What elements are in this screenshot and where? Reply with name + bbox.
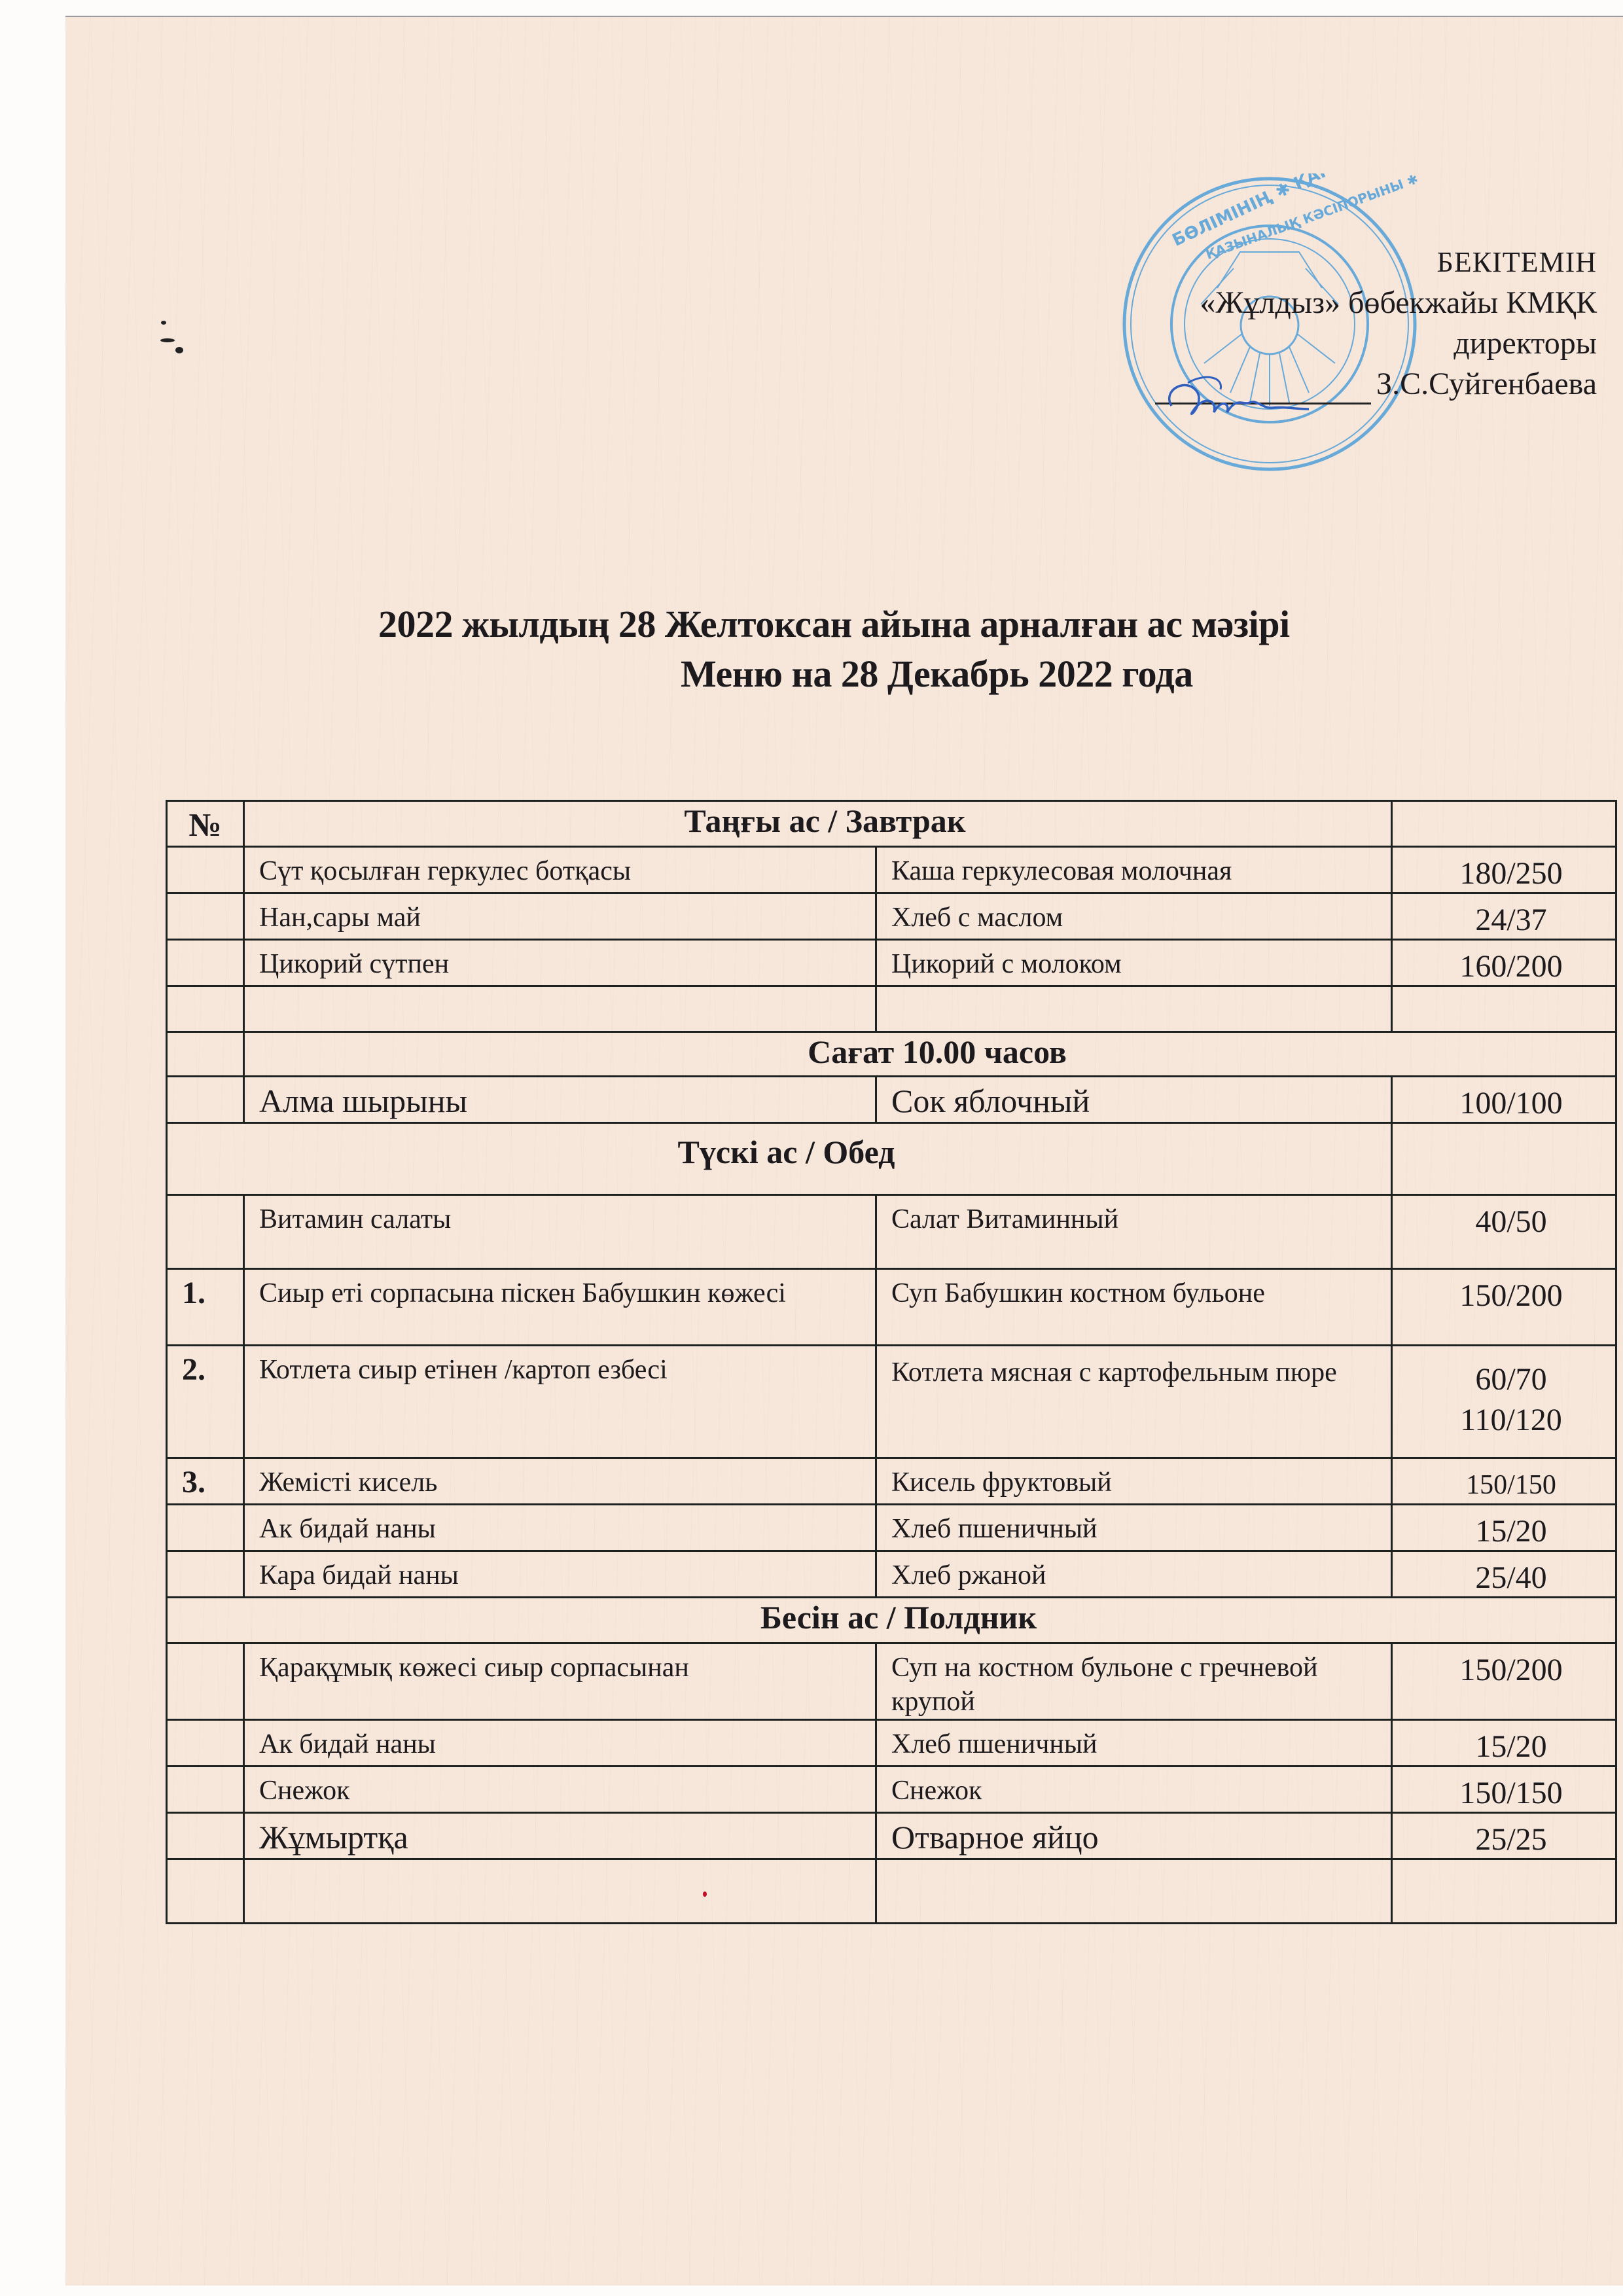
scan-speck (175, 347, 183, 353)
table-row: Ак бидай наны Хлеб пшеничный 15/20 (167, 1720, 1616, 1767)
portion-weight: 60/70 (1407, 1359, 1615, 1400)
dish-name-kz: Ак бидай наны (259, 1721, 875, 1761)
dish-name-kz (259, 987, 875, 994)
table-row: 1. Сиыр еті сорпасына піскен Бабушкин кө… (167, 1269, 1616, 1346)
portion-weight: 15/20 (1407, 1721, 1615, 1765)
table-row: Қарақұмық көжесі сиыр сорпасынан Суп на … (167, 1643, 1616, 1720)
portion-weight: 15/20 (1407, 1505, 1615, 1550)
portion-weight: 180/250 (1407, 848, 1615, 892)
portion-weight: 25/25 (1407, 1814, 1615, 1858)
portion-weight: 150/150 (1407, 1459, 1615, 1503)
dish-name-kz: Кара бидай наны (259, 1552, 875, 1592)
dish-name-ru: Каша геркулесовая молочная (891, 848, 1391, 888)
number-cell (167, 1032, 244, 1077)
portion-weight: 150/200 (1407, 1270, 1615, 1314)
dish-name-ru: Котлета мясная с картофельным пюре (891, 1346, 1391, 1392)
table-row-empty (167, 986, 1616, 1032)
row-number (167, 1195, 244, 1269)
dish-name-kz: Снежок (259, 1767, 875, 1808)
scan-speck (161, 321, 166, 325)
table-row: Витамин салаты Салат Витаминный 40/50 (167, 1195, 1616, 1269)
portion-weight: 40/50 (1407, 1196, 1615, 1240)
dish-name-ru: Суп на костном бульоне с гречневой крупо… (891, 1644, 1391, 1719)
dish-name-ru: Сок яблочный (891, 1077, 1391, 1118)
dish-name-kz: Сүт қосылған геркулес ботқасы (259, 848, 875, 888)
table-row: Кара бидай наны Хлеб ржаной 25/40 (167, 1551, 1616, 1598)
approval-organization: «Жұлдыз» бөбекжайы КМҚК (1155, 283, 1597, 323)
number-header: № (168, 802, 243, 844)
dish-name-ru: Кисель фруктовый (891, 1459, 1391, 1499)
row-number (167, 1813, 244, 1859)
section-header-row: Түскі ас / Обед (167, 1123, 1616, 1195)
portion-weight-garnish: 110/120 (1407, 1400, 1615, 1441)
section-header-lunch: Түскі ас / Обед (167, 1123, 1392, 1195)
dish-name-kz: Жемісті кисель (259, 1459, 875, 1499)
menu-table: № Таңғы ас / Завтрак Сүт қосылған геркул… (166, 800, 1617, 1924)
row-number (167, 1551, 244, 1598)
section-header-snack: Сағат 10.00 часов (244, 1032, 1616, 1077)
row-number: 2. (182, 1346, 243, 1387)
row-number (167, 1077, 244, 1123)
dish-name-ru: Отварное яйцо (891, 1814, 1391, 1854)
dish-name-ru: Хлеб пшеничный (891, 1721, 1391, 1761)
portion-weight: 100/100 (1407, 1077, 1615, 1122)
handwritten-signature-icon (1158, 370, 1315, 429)
dish-name-ru (891, 987, 1391, 994)
dish-name-ru: Хлеб пшеничный (891, 1505, 1391, 1546)
portion-weight: 150/200 (1407, 1644, 1615, 1689)
section-header-row: Сағат 10.00 часов (167, 1032, 1616, 1077)
number-header-cell: № (167, 801, 244, 847)
dish-name-ru: Салат Витаминный (891, 1196, 1391, 1236)
weight-cell (1392, 1123, 1616, 1195)
table-row-empty (167, 1859, 1616, 1924)
portion-weight: 150/150 (1407, 1767, 1615, 1812)
row-number: 3. (182, 1459, 243, 1499)
approval-position: директоры (1155, 323, 1597, 364)
dish-name-ru: Цикорий с молоком (891, 941, 1391, 981)
portion-weight: 25/40 (1407, 1552, 1615, 1596)
row-number (167, 986, 244, 1032)
table-row: Нан,сары май Хлеб с маслом 24/37 (167, 893, 1616, 940)
table-row: Цикорий сүтпен Цикорий с молоком 160/200 (167, 940, 1616, 986)
page-title-kazakh: 2022 жылдың 28 Желтоксан айына арналған … (378, 602, 1290, 646)
approval-title: БЕКІТЕМІН (1155, 242, 1597, 283)
dish-name-kz: Витамин салаты (259, 1196, 875, 1236)
dish-name-ru: Хлеб ржаной (891, 1552, 1391, 1592)
dish-name-kz: Қарақұмық көжесі сиыр сорпасынан (259, 1644, 875, 1685)
dish-name-kz (259, 1860, 875, 1867)
dish-name-ru: Хлеб с маслом (891, 894, 1391, 935)
dish-name-ru: Снежок (891, 1767, 1391, 1808)
dish-name-kz: Жұмыртқа (259, 1814, 875, 1854)
dish-name-kz: Сиыр еті сорпасына піскен Бабушкин көжес… (259, 1270, 875, 1310)
row-number (167, 893, 244, 940)
table-row: 2. Котлета сиыр етінен /картоп езбесі Ко… (167, 1346, 1616, 1458)
table-row: Алма шырыны Сок яблочный 100/100 (167, 1077, 1616, 1123)
dish-name-kz: Алма шырыны (259, 1077, 875, 1118)
row-number (167, 1643, 244, 1720)
row-number (167, 1767, 244, 1813)
row-number (167, 1505, 244, 1551)
approval-signatory: З.С.Суйгенбаева (1376, 367, 1597, 401)
table-row: Снежок Снежок 150/150 (167, 1767, 1616, 1813)
section-header-row: № Таңғы ас / Завтрак (167, 801, 1616, 847)
row-number (167, 1720, 244, 1767)
table-row: Сүт қосылған геркулес ботқасы Каша герку… (167, 847, 1616, 893)
row-number (167, 847, 244, 893)
page-title-russian: Меню на 28 Декабрь 2022 года (681, 652, 1193, 696)
row-number (167, 1859, 244, 1924)
section-header-afternoon-snack: Бесін ас / Полдник (167, 1598, 1616, 1643)
section-header-row: Бесін ас / Полдник (167, 1598, 1616, 1643)
section-header-breakfast: Таңғы ас / Завтрак (244, 801, 1392, 847)
dish-name-kz: Ак бидай наны (259, 1505, 875, 1546)
row-number: 1. (182, 1270, 243, 1310)
portion-weight (1407, 987, 1615, 995)
portion-weight: 160/200 (1407, 941, 1615, 985)
scan-speck (160, 338, 175, 342)
weight-cell (1392, 801, 1616, 847)
dish-name-kz: Котлета сиыр етінен /картоп езбесі (259, 1346, 875, 1387)
dish-name-ru: Суп Бабушкин костном бульоне (891, 1270, 1391, 1310)
row-number (167, 940, 244, 986)
dish-name-kz: Цикорий сүтпен (259, 941, 875, 981)
portion-weight: 24/37 (1407, 894, 1615, 939)
table-row: Ак бидай наны Хлеб пшеничный 15/20 (167, 1505, 1616, 1551)
portion-weight (1407, 1860, 1615, 1868)
dish-name-ru (891, 1860, 1391, 1867)
dish-name-kz: Нан,сары май (259, 894, 875, 935)
table-row: 3. Жемісті кисель Кисель фруктовый 150/1… (167, 1458, 1616, 1505)
table-row: Жұмыртқа Отварное яйцо 25/25 (167, 1813, 1616, 1859)
